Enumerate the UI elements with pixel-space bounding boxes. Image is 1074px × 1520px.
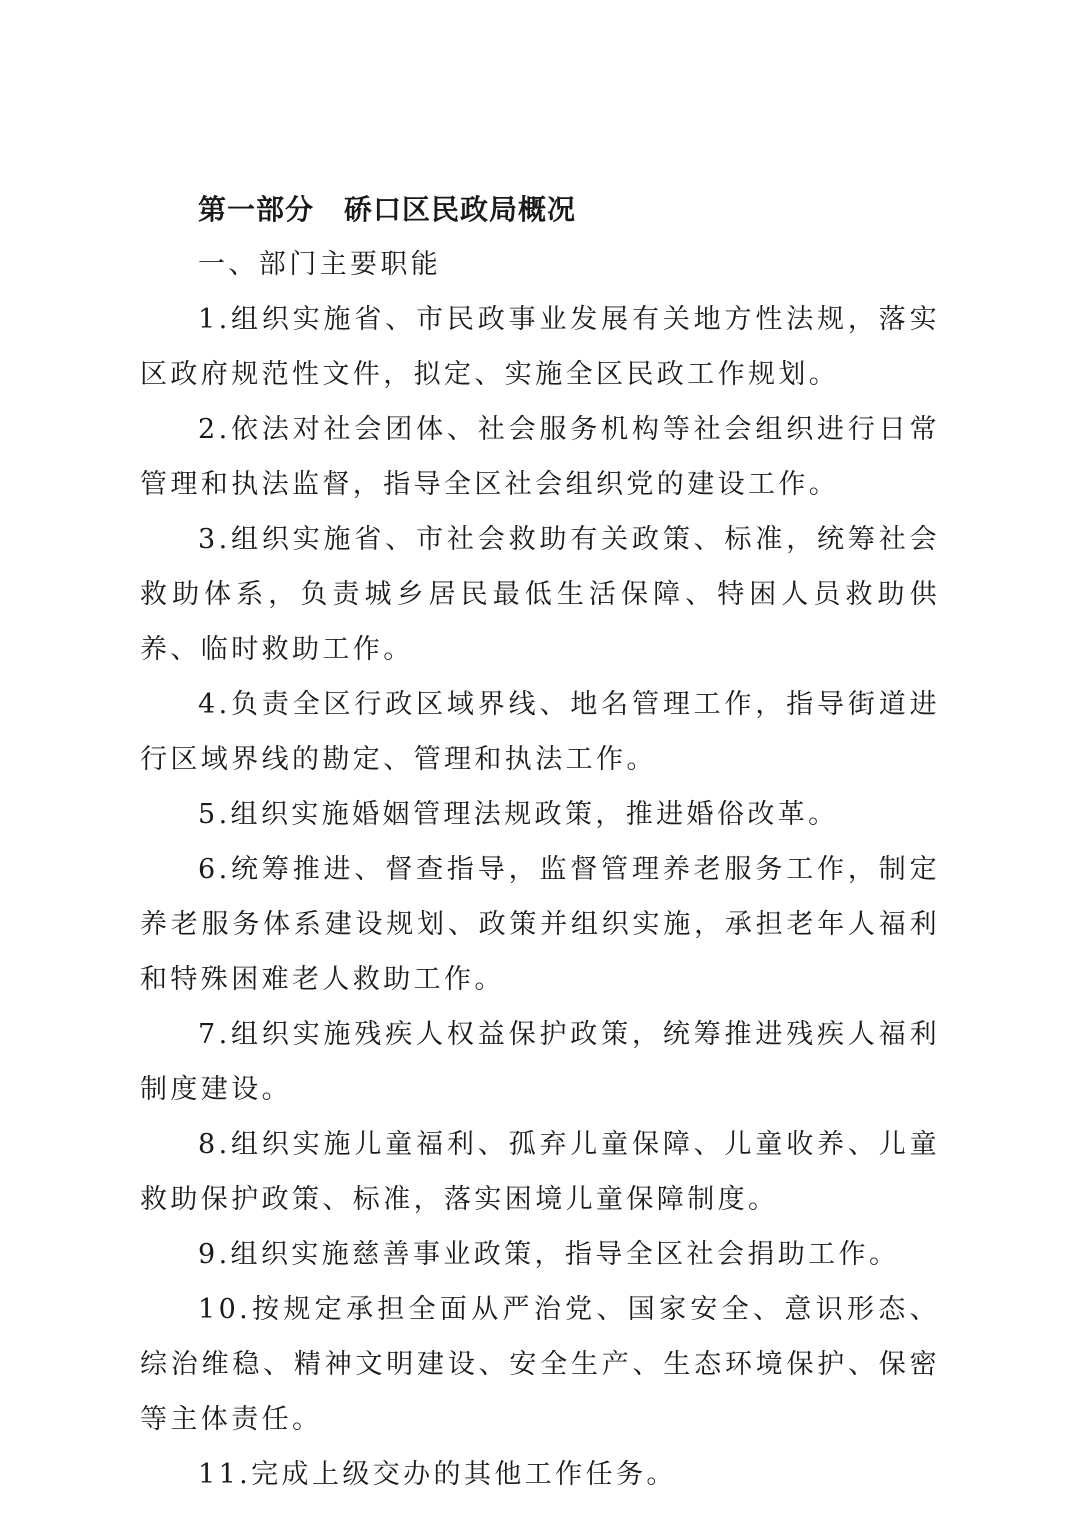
paragraph-7: 7.组织实施残疾人权益保护政策，统筹推进残疾人福利制度建设。 <box>140 1007 940 1117</box>
title-part: 第一部分 <box>198 193 314 226</box>
paragraph-4: 4.负责全区行政区域界线、地名管理工作，指导街道进行区域界线的勘定、管理和执法工… <box>140 677 940 787</box>
section-heading: 一、部门主要职能 <box>140 237 940 292</box>
paragraph-1: 1.组织实施省、市民政事业发展有关地方性法规，落实区政府规范性文件，拟定、实施全… <box>140 292 940 402</box>
document-title: 第一部分硚口区民政局概况 <box>140 182 940 237</box>
paragraph-9: 9.组织实施慈善事业政策，指导全区社会捐助工作。 <box>140 1227 940 1282</box>
paragraph-11: 11.完成上级交办的其他工作任务。 <box>140 1447 940 1502</box>
paragraph-2: 2.依法对社会团体、社会服务机构等社会组织进行日常管理和执法监督，指导全区社会组… <box>140 402 940 512</box>
paragraph-10: 10.按规定承担全面从严治党、国家安全、意识形态、综治维稳、精神文明建设、安全生… <box>140 1282 940 1447</box>
paragraph-6: 6.统筹推进、督查指导，监督管理养老服务工作，制定养老服务体系建设规划、政策并组… <box>140 842 940 1007</box>
title-name: 硚口区民政局概况 <box>344 193 576 226</box>
paragraph-8: 8.组织实施儿童福利、孤弃儿童保障、儿童收养、儿童救助保护政策、标准，落实困境儿… <box>140 1117 940 1227</box>
document-page: 第一部分硚口区民政局概况 一、部门主要职能 1.组织实施省、市民政事业发展有关地… <box>140 182 940 1502</box>
paragraph-3: 3.组织实施省、市社会救助有关政策、标准，统筹社会救助体系，负责城乡居民最低生活… <box>140 512 940 677</box>
paragraph-5: 5.组织实施婚姻管理法规政策，推进婚俗改革。 <box>140 787 940 842</box>
